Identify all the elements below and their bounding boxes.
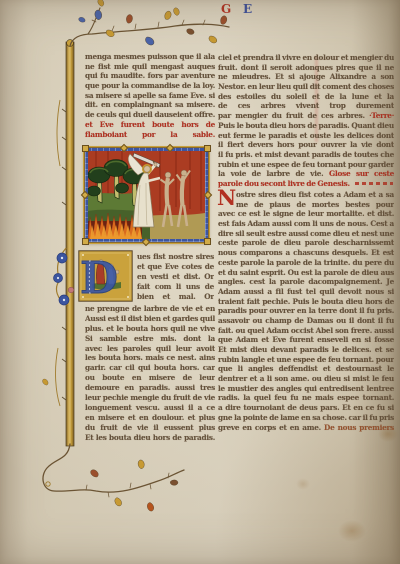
text-segment: gne la pointe de lame en sa chose. car i… bbox=[218, 413, 394, 422]
text-line: et que Eve cotes de piaus si les bbox=[137, 262, 214, 272]
text-segment: nous comparons a chascuns desquels. Et e… bbox=[218, 248, 394, 257]
text-line: sa misere si apelle sa fame Eve. si com … bbox=[85, 91, 215, 101]
text-segment: menga mesmes puisson que il ala par tout… bbox=[85, 52, 215, 62]
text-segment: angles. cest la parole dacompaignement. … bbox=[218, 277, 394, 287]
text-segment: Puis le bouta dieu hors de paradis. Quan… bbox=[218, 121, 394, 130]
text-line: ciel et prendra il vivre en dolour et me… bbox=[218, 53, 394, 63]
initial-d-letter: D bbox=[80, 253, 118, 302]
text-segment: assavoir ou champ de Damas ou il dont il… bbox=[218, 316, 394, 325]
text-line: les bouta hors. mais ce nest. ains couve… bbox=[85, 353, 215, 363]
text-line: garir. car cil qui bouta hors. car cil q… bbox=[85, 363, 215, 373]
text-segment: Et les bouta dieu hors de paradis. qui n… bbox=[85, 433, 215, 443]
ivy-vine-top bbox=[70, 0, 229, 46]
text-line: longuement vescu. aussi il a ce que plus… bbox=[85, 403, 215, 413]
text-line: que pour la commandise de la loy. Et dis… bbox=[85, 81, 215, 91]
text-segment: flamboiant por la sable. bbox=[85, 130, 215, 139]
text-line: Et mist dieu devant paradis le delices. … bbox=[218, 345, 394, 355]
text-line: que li angles deffendist et destournast … bbox=[218, 364, 394, 374]
text-segment: plus. et le bouta hors quil ne vive pard… bbox=[85, 324, 215, 334]
text-segment: le mustier des angles qui entredisent le… bbox=[218, 384, 394, 394]
bar-border bbox=[56, 40, 74, 446]
text-segment: greve en corps et en ame. bbox=[218, 423, 324, 432]
text-line: nous comparons a chascuns desquels. Et e… bbox=[218, 248, 394, 258]
text-line: Et les bouta dieu hors de paradis. qui n… bbox=[85, 433, 215, 443]
text-segment: traient fait pechie. Puis le bouta dieu … bbox=[218, 297, 394, 306]
text-line: flamboiant por la sable. bbox=[85, 130, 215, 140]
text-segment: des estoiles du soleil et de la lune et … bbox=[218, 92, 394, 102]
rubric-initial-n: N bbox=[217, 187, 236, 208]
text-segment: en vesti et dist. Or est Adam bbox=[137, 272, 214, 282]
text-line: Si samble estre mis. dont la parole dieu… bbox=[85, 334, 215, 344]
text-line: menga mesmes puisson que il ala par tout… bbox=[85, 52, 215, 62]
angel-head bbox=[144, 166, 150, 172]
text-line: radis. la quel feu fu ne mais espee torn… bbox=[218, 393, 394, 403]
frame-corner-ornament bbox=[204, 238, 211, 245]
text-line: le mustier des angles qui entredisent le… bbox=[218, 384, 394, 394]
text-segment: que Adam et Eve furent enseveli en si fo… bbox=[218, 335, 394, 344]
text-segment: ues fist nostre sires dieu a Adam bbox=[137, 252, 214, 262]
decorated-initial-d: D bbox=[78, 250, 133, 302]
text-line: demoure en paradis. aussi tres doulcemen… bbox=[85, 383, 215, 393]
text-segment: fait com li uns de nous sachan bbox=[137, 282, 214, 292]
text-line: traient fait pechie. Puis le bouta dieu … bbox=[218, 297, 394, 307]
text-segment: et Eve furent boute hors de paradis et d… bbox=[85, 120, 215, 130]
text-segment: Aussi est il dist bien et gardes quil ne… bbox=[85, 314, 215, 324]
text-line: et Eve furent boute hors de paradis et d… bbox=[85, 120, 215, 130]
text-line: il fu pris. et mist devant paradis de to… bbox=[218, 150, 394, 160]
text-line: rubin langle et une espee de feu tornant… bbox=[218, 355, 394, 365]
text-segment: parole dou secont livre de Genesis. bbox=[218, 179, 352, 188]
miniature-scene bbox=[88, 151, 205, 239]
text-line: il fiert devers hors pour ouvrer la vie … bbox=[218, 140, 394, 150]
text-segment: paradis pour ouvrer en la terre dont il … bbox=[218, 306, 394, 316]
text-line: fait. ou quel Adam occist Abel son frere… bbox=[218, 326, 394, 336]
text-segment: Et mist dieu devant paradis le delices. … bbox=[218, 345, 394, 354]
text-segment: de ceuls qui dueil dauseient offre. bbox=[85, 110, 215, 119]
text-line: gne la pointe de lame en sa chose. car i… bbox=[218, 413, 394, 423]
frame-corner-ornament bbox=[204, 145, 211, 152]
line-filler bbox=[355, 182, 393, 185]
text-segment: fait. ou quel Adam occist Abel son frere… bbox=[218, 326, 394, 335]
text-segment: longuement vescu. aussi il a ce que plus… bbox=[85, 403, 215, 413]
text-segment: demoure en paradis. aussi tres doulcemen… bbox=[85, 383, 215, 393]
text-segment: rubin langle et une espee de feu tornant… bbox=[218, 355, 394, 365]
text-line: ues fist nostre sires dieu a Adam bbox=[137, 252, 214, 262]
right-column-body-text: avec ce est le signe de leur mortalite. … bbox=[218, 209, 394, 432]
text-segment: rubin et une espee de feu tornant pour g… bbox=[218, 160, 394, 169]
right-column-upper-text: ciel et prendra il vivre en dolour et me… bbox=[218, 53, 394, 189]
text-segment: leur pechie mengie du fruit de vie il eu… bbox=[85, 393, 215, 403]
text-line: a dire tournoiant de deus pars. Et en ce… bbox=[218, 403, 394, 413]
text-segment: me de piaus de mortes bestes pour couvri… bbox=[236, 200, 394, 210]
text-segment: ostre sires dieu fist cotes a Adam et a … bbox=[236, 190, 394, 200]
text-segment: il fu pris. et mist devant paradis de to… bbox=[218, 150, 394, 159]
text-line: fruit. dont il seroit adonques pires que… bbox=[218, 63, 394, 73]
text-line: en misere et en doulour. et plus eussent… bbox=[85, 413, 215, 423]
text-line: dit. en complaingnant sa misere. et la m… bbox=[85, 100, 215, 110]
text-segment: il fiert devers hors pour ouvrer la vie … bbox=[218, 140, 394, 149]
ivy-leaves bbox=[78, 0, 229, 46]
text-segment: que pour la commandise de la loy. Et dis… bbox=[85, 81, 215, 91]
text-line: de ces arbres vivent trop durement longu… bbox=[218, 101, 394, 111]
text-segment: a dire tournoiant de deus pars. Et en ce… bbox=[218, 403, 394, 412]
manuscript-page: G E bbox=[0, 0, 400, 564]
text-segment: ceste parole de dieu parole descharnisse… bbox=[218, 238, 394, 248]
text-line: parole dou secont livre de Genesis. bbox=[218, 179, 394, 189]
left-column-caption-text: ues fist nostre sires dieu a Adamet que … bbox=[137, 252, 214, 301]
text-line: et du saint esprit. Ou est la parole de … bbox=[218, 268, 394, 278]
frame-corner-ornament bbox=[82, 145, 89, 152]
text-segment: radis. la quel feu fu ne mais espee torn… bbox=[218, 393, 394, 403]
text-line: ou boute en misere de leur meffait si fu… bbox=[85, 373, 215, 383]
left-column-body-text: ne prengne de larbre de vie et en vive p… bbox=[85, 304, 215, 442]
text-line: avec les paroles quil leur avoit devant … bbox=[85, 344, 215, 354]
left-column-upper-text: menga mesmes puisson que il ala par tout… bbox=[85, 52, 215, 139]
text-segment: que li angles deffendist et destournast … bbox=[218, 364, 394, 374]
frame-corner-ornament bbox=[82, 238, 89, 245]
text-segment: ne mieudres. Et si ajouge Alixandre a so… bbox=[218, 72, 394, 82]
text-line: Aussi est il dist bien et gardes quil ne… bbox=[85, 314, 215, 324]
text-line: angles. cest la parole dacompaignement. … bbox=[218, 277, 394, 287]
text-segment: avec ce est le signe de leur mortalite. … bbox=[218, 209, 394, 219]
text-segment: ceste parole la parole de la trinite. du… bbox=[218, 258, 394, 268]
text-line: la voie de larbre de vie. Glose sur cest… bbox=[218, 169, 394, 179]
text-line: Nestor. en leur lieu quil dit coment des… bbox=[218, 82, 394, 92]
text-line: me de piaus de mortes bestes pour couvri… bbox=[236, 200, 394, 210]
text-segment: Si samble estre mis. dont la parole dieu… bbox=[85, 334, 215, 344]
text-line: qui fu maudite. fors par aventure de lai… bbox=[85, 71, 215, 81]
text-segment: ciel et prendra il vivre en dolour et me… bbox=[218, 53, 394, 62]
text-segment: ou boute en misere de leur meffait si fu… bbox=[85, 373, 215, 383]
text-segment: qui fu maudite. fors par aventure de lai… bbox=[85, 71, 215, 81]
text-line: greve en corps et en ame. De nous premie… bbox=[218, 423, 394, 433]
text-line: dire sil seult estre aussi come dieu et … bbox=[218, 229, 394, 239]
text-segment: du fruit de vie il eussent plus longueme… bbox=[85, 423, 215, 433]
text-line: bien et mal. Or gardes que il bbox=[137, 292, 214, 302]
text-segment: fruit. dont il seroit adonques pires que… bbox=[218, 63, 394, 73]
text-segment: sa misere si apelle sa fame Eve. si com … bbox=[85, 91, 215, 101]
text-segment: les bouta hors. mais ce nest. ains couve… bbox=[85, 353, 215, 363]
text-line: que Adam et Eve furent enseveli en si fo… bbox=[218, 335, 394, 345]
text-line: Puis le bouta dieu hors de paradis. Quan… bbox=[218, 121, 394, 131]
text-segment: est fais Adam aussi com li uns de nous. … bbox=[218, 219, 394, 228]
text-line: ne prengne de larbre de vie et en vive p… bbox=[85, 304, 215, 314]
text-segment: Glose sur ceste bbox=[329, 169, 394, 178]
text-line: fait com li uns de nous sachan bbox=[137, 282, 214, 292]
text-segment: dire sil seult estre aussi come dieu et … bbox=[218, 229, 394, 238]
text-line: ostre sires dieu fist cotes a Adam et a … bbox=[236, 190, 394, 200]
text-line: est fais Adam aussi com li uns de nous. … bbox=[218, 219, 394, 229]
text-segment: ·Terre· bbox=[369, 111, 394, 120]
text-segment: dentrer et a li son ame. ou dieu si mist… bbox=[218, 374, 394, 384]
text-segment: en misere et en doulour. et plus eussent… bbox=[85, 413, 215, 423]
text-line: rubin et une espee de feu tornant pour g… bbox=[218, 160, 394, 170]
text-segment: eut ferme le paradis et ouste les delice… bbox=[218, 131, 394, 140]
text-segment: Adam aussi a fil fust tel quil devoit no… bbox=[218, 287, 394, 297]
text-line: Adam aussi a fil fust tel quil devoit no… bbox=[218, 287, 394, 297]
text-segment: ne prengne de larbre de vie et en vive p… bbox=[85, 304, 215, 314]
text-segment: dit. en complaingnant sa misere. et la m… bbox=[85, 100, 215, 110]
text-segment: par mengier du fruit de ces arbres. bbox=[218, 111, 369, 120]
text-line: dentrer et a li son ame. ou dieu si mist… bbox=[218, 374, 394, 384]
text-line: des estoiles du soleil et de la lune et … bbox=[218, 92, 394, 102]
text-segment: et que Eve cotes de piaus si les bbox=[137, 262, 214, 272]
text-line: du fruit de vie il eussent plus longueme… bbox=[85, 423, 215, 433]
text-line: ceste parole la parole de la trinite. du… bbox=[218, 258, 394, 268]
text-line: eut ferme le paradis et ouste les delice… bbox=[218, 131, 394, 141]
miniature-expulsion bbox=[84, 147, 209, 243]
text-line: leur pechie mengie du fruit de vie il eu… bbox=[85, 393, 215, 403]
text-line: de ceuls qui dueil dauseient offre. Come… bbox=[85, 110, 215, 120]
text-segment: Nestor. en leur lieu quil dit coment des… bbox=[218, 82, 394, 91]
text-line: ceste parole de dieu parole descharnisse… bbox=[218, 238, 394, 248]
text-segment: de ces arbres vivent trop durement longu… bbox=[218, 101, 394, 111]
text-line: ne mieudres. Et si ajouge Alixandre a so… bbox=[218, 72, 394, 82]
text-line: par mengier du fruit de ces arbres. ·Ter… bbox=[218, 111, 394, 121]
text-line: en vesti et dist. Or est Adam bbox=[137, 272, 214, 282]
text-line: assavoir ou champ de Damas ou il dont il… bbox=[218, 316, 394, 326]
text-segment: la voie de larbre de vie. bbox=[218, 169, 329, 178]
text-segment: avec les paroles quil leur avoit devant … bbox=[85, 344, 215, 354]
text-line: avec ce est le signe de leur mortalite. … bbox=[218, 209, 394, 219]
text-line: plus. et le bouta hors quil ne vive pard… bbox=[85, 324, 215, 334]
right-column-indent-text: ostre sires dieu fist cotes a Adam et a … bbox=[236, 190, 394, 209]
text-line: ne fist mie quil mengast auques de char … bbox=[85, 62, 215, 72]
text-segment: garir. car cil qui bouta hors. car cil q… bbox=[85, 363, 215, 373]
text-segment: et du saint esprit. Ou est la parole de … bbox=[218, 268, 394, 277]
text-line: paradis pour ouvrer en la terre dont il … bbox=[218, 306, 394, 316]
text-segment: bien et mal. Or gardes que il bbox=[137, 292, 214, 302]
text-segment: ne fist mie quil mengast auques de char … bbox=[85, 62, 215, 72]
